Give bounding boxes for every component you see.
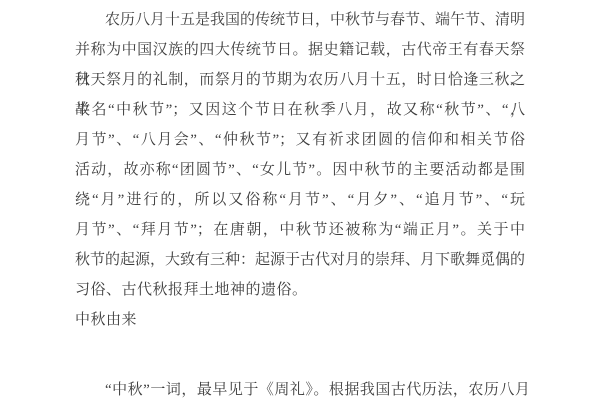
text-line: 月节”、“拜月节”；在唐朝，中秋节还被称为“端正月”。关于中	[75, 215, 525, 245]
text-line: 月节”、“八月会”、“仲秋节”；又有祈求团圆的信仰和相关节俗	[75, 125, 525, 155]
text-line: 习俗、古代秋报拜土地神的遗俗。	[75, 275, 525, 305]
text-line: 故名“中秋节”；又因这个节日在秋季八月，故又称“秋节”、“八	[75, 95, 525, 125]
text-line: 农历八月十五是我国的传统节日，中秋节与春节、端午节、清明	[75, 5, 525, 35]
section-heading: 中秋由来	[75, 305, 525, 335]
text-line: “中秋”一词，最早见于《周礼》。根据我国古代历法，农历八月	[75, 375, 525, 400]
text-line: 秋天祭月的礼制，而祭月的节期为农历八月十五，时日恰逢三秋之半，	[75, 65, 525, 95]
text-line: 并称为中国汉族的四大传统节日。据史籍记载，古代帝王有春天祭日、	[75, 35, 525, 65]
text-line: 秋节的起源，大致有三种：起源于古代对月的崇拜、月下歌舞觅偶的	[75, 245, 525, 275]
text-line: 活动，故亦称“团圆节”、“女儿节”。因中秋节的主要活动都是围	[75, 155, 525, 185]
document-page: 农历八月十五是我国的传统节日，中秋节与春节、端午节、清明 并称为中国汉族的四大传…	[0, 0, 600, 400]
text-line: 绕“月”进行的，所以又俗称“月节”、“月夕”、“追月节”、“玩	[75, 185, 525, 215]
paragraph-spacer	[75, 335, 525, 375]
